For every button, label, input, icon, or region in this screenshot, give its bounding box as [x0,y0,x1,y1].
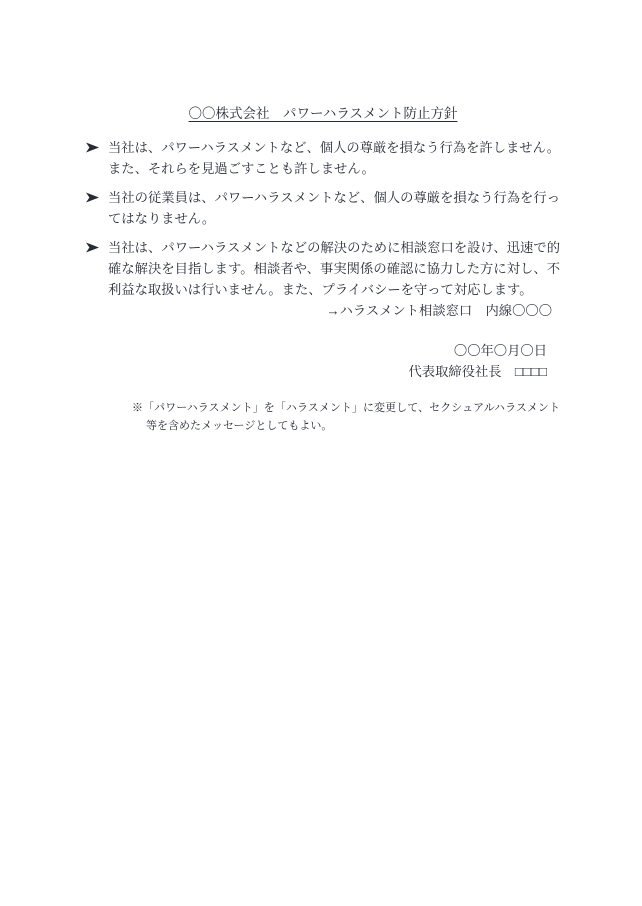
list-item: 当社の従業員は、パワーハラスメントなど、個人の尊厳を損なう行為を行ってはなりませ… [86,187,560,229]
page-title-text: 〇〇株式会社 パワーハラスメント防止方針 [189,106,458,121]
bullet-text: 当社は、パワーハラスメントなど、個人の尊厳を損なう行為を許しません。また、それら… [108,140,560,176]
date-line: 〇〇年〇月〇日 [86,340,560,361]
policy-bullet-list: 当社は、パワーハラスメントなど、個人の尊厳を損なう行為を許しません。また、それら… [86,137,560,321]
document-page: 〇〇株式会社 パワーハラスメント防止方針 当社は、パワーハラスメントなど、個人の… [0,0,642,906]
bullet-text: 当社は、パワーハラスメントなどの解決のために相談窓口を設け、迅速で的確な解決を目… [108,240,560,297]
arrowhead-right-icon [86,242,99,253]
list-item: 当社は、パワーハラスメントなどの解決のために相談窓口を設け、迅速で的確な解決を目… [86,237,560,300]
page-title: 〇〇株式会社 パワーハラスメント防止方針 [86,104,560,124]
list-item: 当社は、パワーハラスメントなど、個人の尊厳を損なう行為を許しません。また、それら… [86,137,560,179]
signature-line: 代表取締役社長 □□□□ [86,361,560,382]
arrowhead-right-icon [86,192,99,203]
contact-line: →ハラスメント相談窓口 内線〇〇〇 [86,300,560,321]
document-body: 〇〇株式会社 パワーハラスメント防止方針 当社は、パワーハラスメントなど、個人の… [86,104,560,435]
arrowhead-right-icon [86,142,99,153]
bullet-text: 当社の従業員は、パワーハラスメントなど、個人の尊厳を損なう行為を行ってはなりませ… [108,190,560,226]
footnote: ※「パワーハラスメント」を「ハラスメント」に変更して、セクシュアルハラスメント等… [146,400,560,435]
